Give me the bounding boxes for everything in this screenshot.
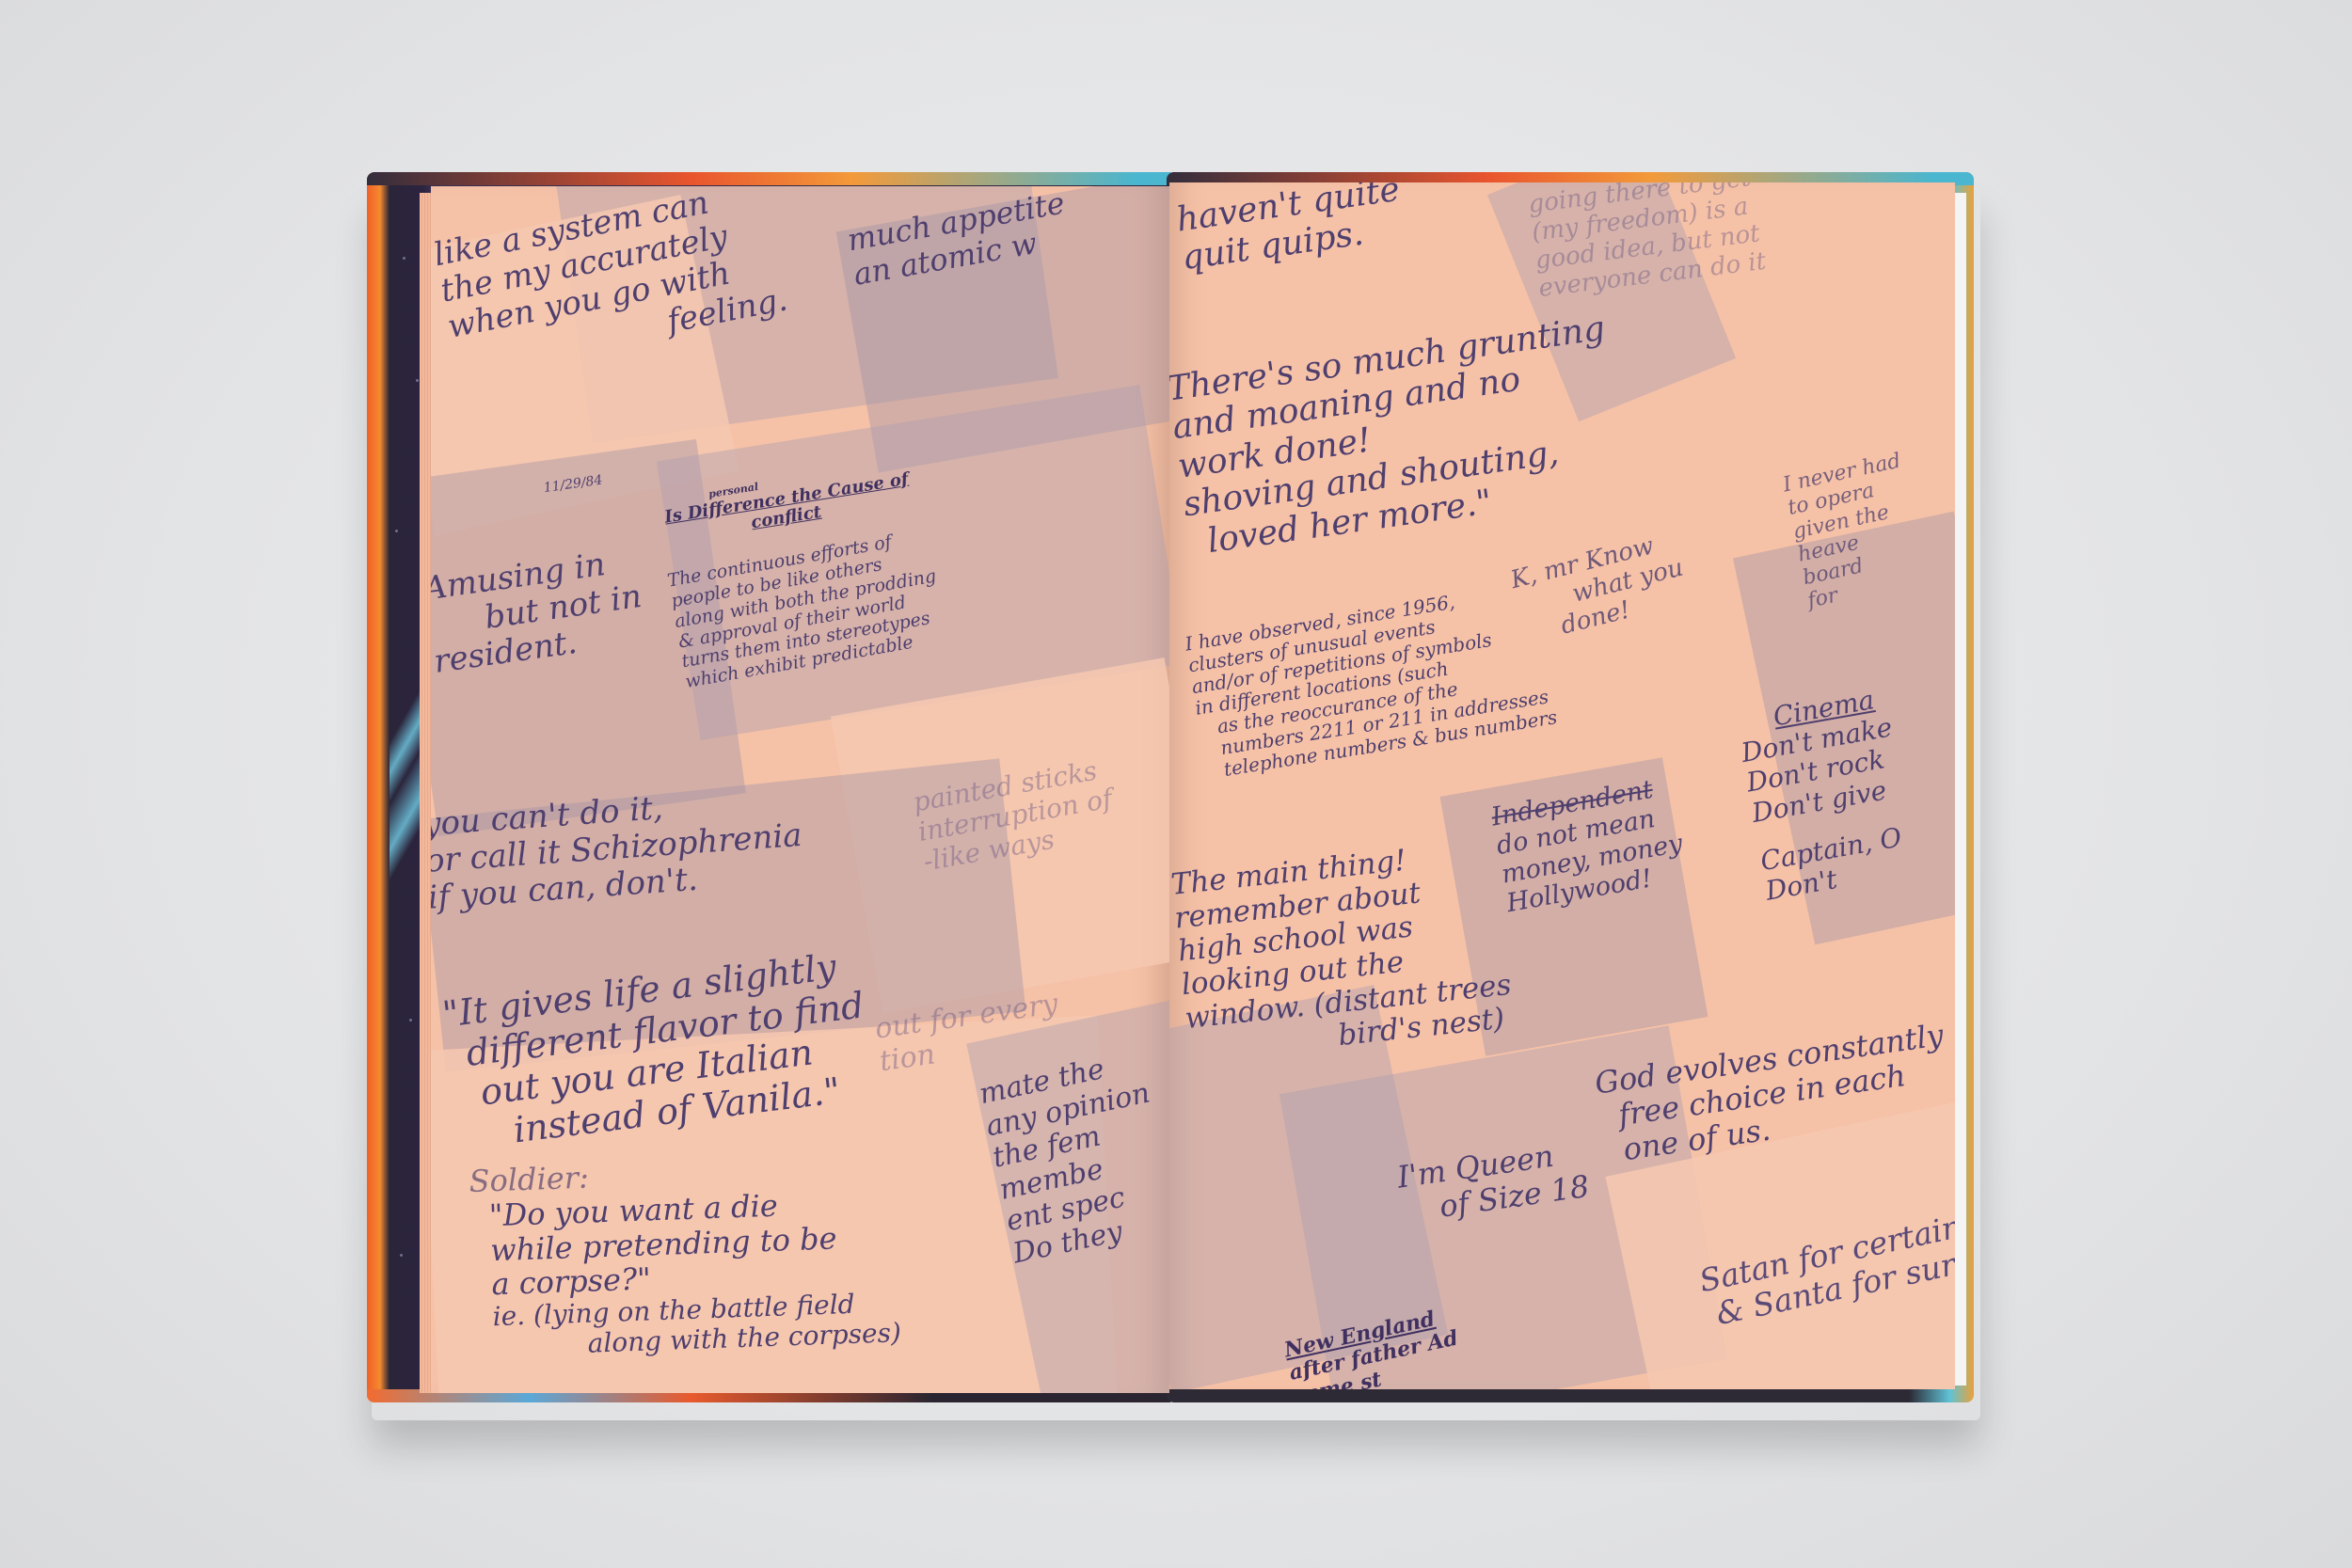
handwritten-note: I have observed, since 1956, clusters of… xyxy=(1184,578,1559,784)
handwritten-note: There's so much grunting and moaning and… xyxy=(1169,309,1629,563)
handwritten-note: K, mr Know what you done! xyxy=(1508,527,1693,650)
faded-note: going there to get (my freedom) is a goo… xyxy=(1527,182,1768,304)
cover-top-edge xyxy=(367,172,1176,185)
right-page: haven't quite quit quips. There's so muc… xyxy=(1169,182,1955,1389)
handwritten-note: The main thing! remember about high scho… xyxy=(1169,835,1517,1069)
left-page: like a system can the my accurately when… xyxy=(431,186,1169,1393)
handwritten-note: haven't quite quit quips. xyxy=(1174,182,1407,278)
page-block-left xyxy=(420,193,431,1393)
handwritten-note: Soldier: "Do you want a die while preten… xyxy=(469,1149,901,1363)
page-block-right xyxy=(1955,193,1966,1386)
